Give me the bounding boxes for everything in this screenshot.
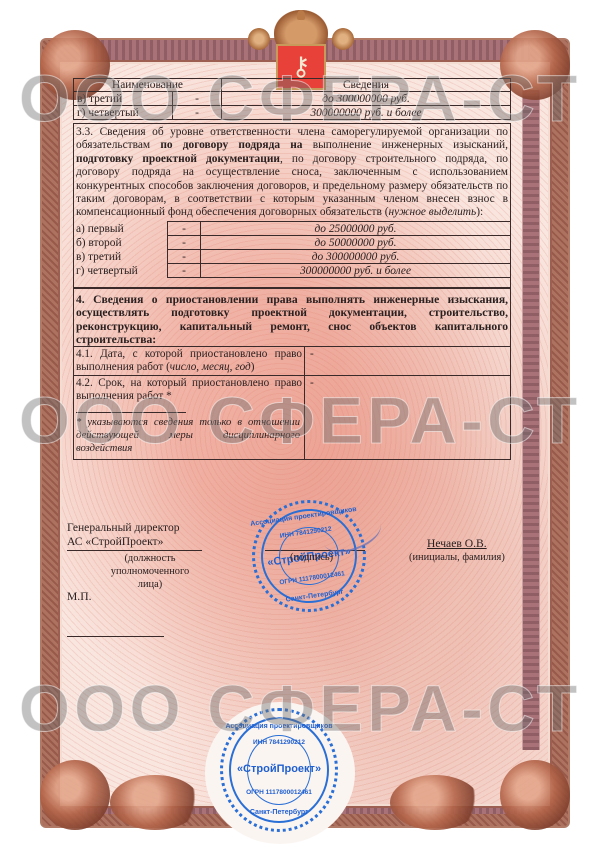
position-title: Генеральный директор xyxy=(67,521,180,535)
row-4-2-label: 4.2. Срок, на который приостановлено пра… xyxy=(76,377,302,404)
level-mark: - xyxy=(168,264,201,278)
level-value: до 25000000 руб. xyxy=(201,222,511,236)
italic-fragment: число, месяц, год xyxy=(170,361,251,373)
table-row: в) третий - до 300000000 руб. xyxy=(74,92,511,106)
table-row: г) четвертый - 300000000 руб. и более xyxy=(74,106,511,120)
position-hint: (должность уполномоченного лица) xyxy=(100,552,200,591)
right-border-band xyxy=(522,90,540,750)
scepter-icon xyxy=(248,28,270,50)
seal-label: М.П. xyxy=(67,590,91,603)
signatory-name: Нечаев О.В. xyxy=(427,537,487,550)
level-mark: - xyxy=(168,236,201,250)
responsibility-levels-table: а) первый - до 25000000 руб. б) второй -… xyxy=(73,221,511,278)
level-label: в) третий xyxy=(73,250,168,264)
section-4-heading: 4. Сведения о приостановлении права выпо… xyxy=(76,293,508,347)
footnote: * указываются сведения только в отношени… xyxy=(76,416,300,455)
bottom-ornament-icon xyxy=(390,775,480,830)
position-organization: АС «СтройПроект» xyxy=(67,535,163,548)
italic-fragment: нужное выделить xyxy=(389,206,477,218)
corner-ornament-icon xyxy=(500,760,570,830)
top-levels-table: Наименование Сведения в) третий - до 300… xyxy=(73,78,511,120)
level-mark: - xyxy=(168,222,201,236)
divider xyxy=(73,346,511,347)
row-4-1-value: - xyxy=(310,348,314,360)
level-mark: - xyxy=(173,92,222,106)
crown-tip-icon xyxy=(297,10,305,20)
divider xyxy=(73,375,511,376)
level-label: г) четвертый xyxy=(74,106,173,120)
stamp-top-text: Ассоциация проектировщиков xyxy=(223,723,335,730)
corner-ornament-icon xyxy=(40,760,110,830)
column-divider xyxy=(304,346,305,460)
column-header-name: Наименование xyxy=(74,79,222,92)
level-label: а) первый xyxy=(73,222,168,236)
level-value: до 300000000 руб. xyxy=(222,92,511,106)
section-3-3-text: 3.3. Сведения об уровне ответственности … xyxy=(76,126,508,220)
position-line xyxy=(67,550,202,551)
stamp-center-text: «СтройПроект» xyxy=(223,763,335,775)
bottom-ornament-icon xyxy=(110,775,200,830)
table-header-row: Наименование Сведения xyxy=(74,79,511,92)
table-row: б) второй - до 50000000 руб. xyxy=(73,236,511,250)
column-header-info: Сведения xyxy=(222,79,511,92)
level-label: в) третий xyxy=(74,92,173,106)
row-4-2-value: - xyxy=(310,377,314,389)
bold-fragment: по договору подряда на xyxy=(160,139,302,151)
scepter-icon xyxy=(332,28,354,50)
association-stamp-icon: Ассоциация проектировщиков ИНН 784129021… xyxy=(220,708,338,832)
level-value: до 300000000 руб. xyxy=(201,250,511,264)
stamp-ogrn: ОГРН 1117800012461 xyxy=(223,789,335,796)
table-row: г) четвертый - 300000000 руб. и более xyxy=(73,264,511,278)
text-fragment: ): xyxy=(476,206,483,218)
stamp-inn: ИНН 7841290212 xyxy=(223,739,335,746)
bold-fragment: подготовку проектной документации xyxy=(76,153,280,165)
footnote-rule xyxy=(76,412,186,413)
text-fragment: ) xyxy=(251,361,255,373)
section-number: 3.3. xyxy=(76,126,93,138)
text-fragment: выполнение инженерных изысканий, xyxy=(303,139,508,151)
name-hint: (инициалы, фамилия) xyxy=(409,552,505,563)
row-4-1-label: 4.1. Дата, с которой приостановлено прав… xyxy=(76,348,302,375)
table-row: а) первый - до 25000000 руб. xyxy=(73,222,511,236)
table-row: в) третий - до 300000000 руб. xyxy=(73,250,511,264)
level-label: б) второй xyxy=(73,236,168,250)
level-mark: - xyxy=(173,106,222,120)
level-label: г) четвертый xyxy=(73,264,168,278)
level-value: 300000000 руб. и более xyxy=(201,264,511,278)
level-value: 300000000 руб. и более xyxy=(222,106,511,120)
seal-line xyxy=(67,636,164,637)
level-mark: - xyxy=(168,250,201,264)
level-value: до 50000000 руб. xyxy=(201,236,511,250)
signature-hint: (подпись) xyxy=(290,552,333,563)
stamp-city: Санкт-Петербург xyxy=(223,809,335,816)
